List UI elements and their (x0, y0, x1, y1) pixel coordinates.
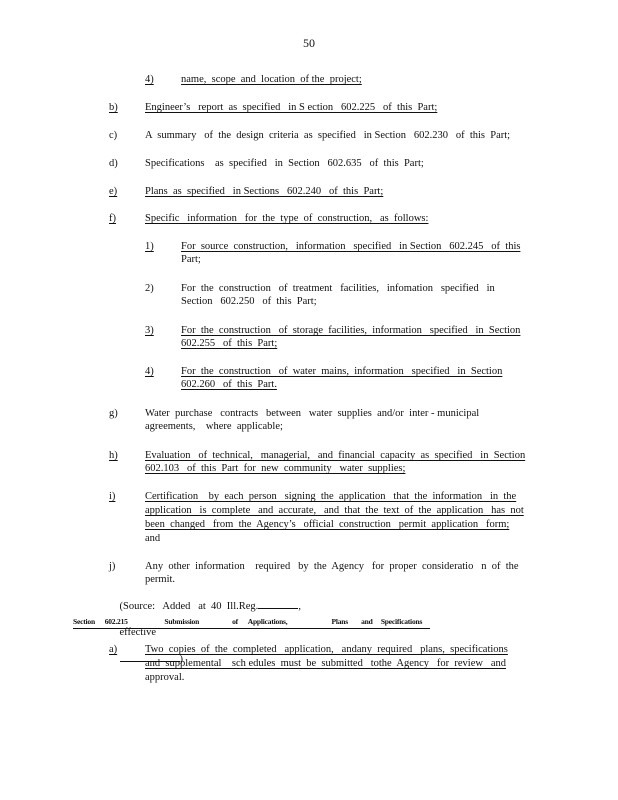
section-title-part: Plans (331, 617, 359, 627)
item-label: j) (109, 560, 115, 573)
item-text-line: agreements, where applicable; (145, 420, 283, 433)
item-label: e) (109, 185, 117, 198)
item-text: A summary of the design criteria as spec… (145, 129, 510, 142)
item-label: h) (109, 449, 118, 462)
sub-item-label: 4) (145, 365, 154, 378)
item-text-line: Any other information required by the Ag… (145, 560, 519, 573)
item-text-line: application is complete and accurate, an… (145, 504, 524, 517)
page-number: 50 (0, 36, 618, 51)
item-text: Specific information for the type of con… (145, 212, 428, 225)
register-blank (258, 599, 298, 609)
item-label: b) (109, 101, 118, 114)
item-text-line: Certification by each person signing the… (145, 490, 516, 503)
item-text: Engineer’s report as specified in S ecti… (145, 101, 437, 114)
item-text-line: been changed from the Agency’s official … (145, 518, 509, 531)
item-text-line: approval. (145, 671, 184, 684)
item-text-line: Two copies of the completed application,… (145, 643, 508, 656)
document-page: 50 4) name, scope and location of the pr… (0, 0, 618, 800)
section-title-part: Specifications (381, 617, 422, 627)
item-label: i) (109, 490, 115, 503)
sub-item-text-line: For the construction of water mains, inf… (181, 365, 502, 378)
sub-item-text-line: For the construction of treatment facili… (181, 282, 495, 295)
item-text: name, scope and location of the project; (181, 73, 362, 86)
item-text-line: 602.103 of this Part for new community w… (145, 462, 405, 475)
item-label: d) (109, 157, 118, 170)
sub-item-label: 1) (145, 240, 154, 253)
section-word: Section (73, 617, 103, 627)
item-label: c) (109, 129, 117, 142)
item-text-line: and (145, 532, 160, 545)
item-text-line: Water purchase contracts between water s… (145, 407, 479, 420)
source-prefix: (Source: Added at 40 Ill.Reg. (120, 601, 259, 612)
section-title-part: Submission (164, 617, 230, 627)
sub-item-text-line: Section 602.250 of this Part; (181, 295, 317, 308)
item-text-line: permit. (145, 573, 175, 586)
item-label: f) (109, 212, 116, 225)
source-comma: , (298, 601, 301, 612)
sub-item-text-line: Part; (181, 253, 201, 266)
section-number: 602.215 (105, 617, 163, 627)
item-text-line: Evaluation of technical, managerial, and… (145, 449, 525, 462)
sub-item-text-line: For the construction of storage faciliti… (181, 324, 520, 337)
section-title-part: Applications, (248, 617, 330, 627)
sub-item-text-line: 602.255 of this Part; (181, 337, 277, 350)
item-label: 4) (145, 73, 154, 86)
item-text: Specifications as specified in Section 6… (145, 157, 424, 170)
item-text-line: and supplemental sch edules must be subm… (145, 657, 506, 670)
sub-item-label: 3) (145, 324, 154, 337)
section-title-part: and (361, 617, 379, 627)
item-label: a) (109, 643, 117, 656)
item-label: g) (109, 407, 118, 420)
item-text: Plans as specified in Sections 602.240 o… (145, 185, 383, 198)
section-title-part: of (232, 617, 246, 627)
sub-item-label: 2) (145, 282, 154, 295)
sub-item-text-line: For source construction, information spe… (181, 240, 520, 253)
sub-item-text-line: 602.260 of this Part. (181, 378, 277, 391)
section-heading: Section 602.215 Submission of Applicatio… (73, 617, 430, 629)
